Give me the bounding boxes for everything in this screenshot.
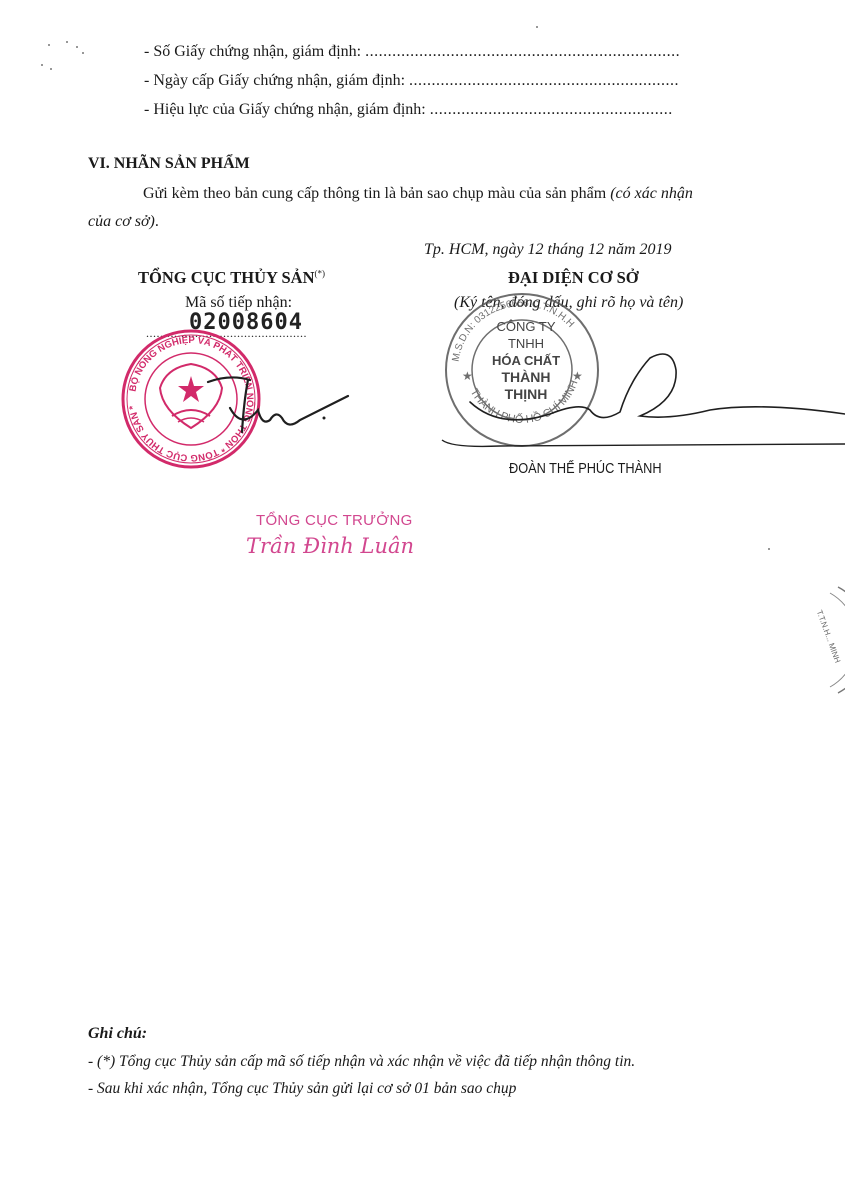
field-value: ........................................… — [365, 43, 680, 60]
svg-text:T.T.N.H... MINH: T.T.N.H... MINH — [815, 609, 843, 664]
edge-stamp-fragment: T.T.N.H... MINH — [808, 585, 845, 695]
left-title: TỔNG CỤC THỦY SẢN(*) — [138, 268, 325, 288]
scan-speck — [41, 64, 43, 66]
field-label: - Hiệu lực của Giấy chứng nhận, giám địn… — [144, 101, 426, 118]
cert-validity-field: - Hiệu lực của Giấy chứng nhận, giám địn… — [144, 101, 673, 119]
body-italic: của cơ sở) — [88, 213, 155, 230]
partial-stamp-icon: T.T.N.H... MINH — [808, 585, 845, 695]
field-value: ........................................… — [409, 72, 679, 89]
scan-speck — [48, 44, 50, 46]
field-value: ........................................… — [430, 101, 673, 118]
section-body: Gửi kèm theo bản cung cấp thông tin là b… — [143, 185, 693, 203]
agency-title: TỔNG CỤC THỦY SẢN — [138, 268, 314, 287]
field-label: - Ngày cấp Giấy chứng nhận, giám định: — [144, 72, 405, 89]
representative-name: ĐOÀN THẾ PHÚC THÀNH — [509, 460, 662, 477]
body-italic: (có xác nhận — [610, 185, 693, 202]
agency-signer-name: Trần Đình Luân — [246, 534, 414, 558]
note-item: - Sau khi xác nhận, Tổng cục Thủy sản gử… — [88, 1080, 516, 1098]
right-title: ĐẠI DIỆN CƠ SỞ — [508, 268, 639, 288]
section-body-cont: của cơ sở). — [88, 213, 159, 231]
section-heading: VI. NHÃN SẢN PHẨM — [88, 155, 250, 173]
cert-issue-date-field: - Ngày cấp Giấy chứng nhận, giám định: .… — [144, 72, 679, 90]
cert-number-field: - Số Giấy chứng nhận, giám định: .......… — [144, 43, 680, 61]
notes-heading: Ghi chú: — [88, 1025, 147, 1043]
scan-speck — [82, 52, 84, 54]
scan-speck — [76, 46, 78, 48]
body-end: . — [155, 213, 159, 230]
scan-speck — [768, 548, 770, 550]
scan-speck — [50, 68, 52, 70]
representative-signature — [440, 340, 845, 455]
signature-icon — [190, 370, 360, 450]
scan-speck — [66, 41, 68, 43]
signature-icon — [440, 340, 845, 450]
footnote-marker: (*) — [314, 269, 325, 279]
stamp-line: CÔNG TY — [480, 318, 572, 335]
agency-signer-title: TỔNG CỤC TRƯỞNG — [256, 512, 413, 529]
body-text: Gửi kèm theo bản cung cấp thông tin là b… — [143, 185, 606, 202]
note-item: - (*) Tổng cục Thủy sản cấp mã số tiếp n… — [88, 1053, 635, 1071]
agency-signature — [190, 370, 360, 455]
field-label: - Số Giấy chứng nhận, giám định: — [144, 43, 361, 60]
scan-speck — [536, 26, 538, 28]
date-line: Tp. HCM, ngày 12 tháng 12 năm 2019 — [424, 241, 672, 259]
